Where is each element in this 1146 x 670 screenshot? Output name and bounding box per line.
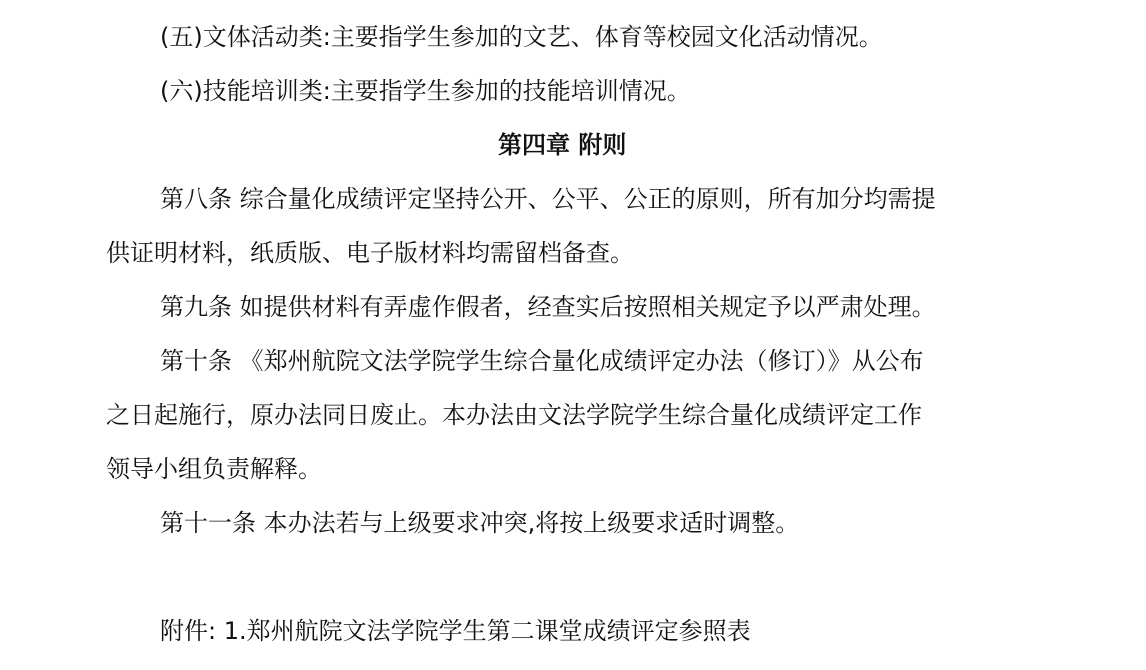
item-6-skills-training: (六)技能培训类:主要指学生参加的技能培训情况。 [160, 76, 691, 106]
chapter-4-heading: 第四章 附则 [498, 130, 626, 160]
attachment-reference: 附件: 1.郑州航院文法学院学生第二课堂成绩评定参照表 [160, 616, 751, 646]
article-8-line-1: 第八条 综合量化成绩评定坚持公开、公平、公正的原则，所有加分均需提 [160, 184, 936, 214]
item-5-cultural-sports: (五)文体活动类:主要指学生参加的文艺、体育等校园文化活动情况。 [160, 22, 883, 52]
article-10-line-1: 第十条 《郑州航院文法学院学生综合量化成绩评定办法（修订）》从公布 [160, 346, 924, 376]
article-9: 第九条 如提供材料有弄虚作假者，经查实后按照相关规定予以严肃处理。 [160, 292, 936, 322]
article-11: 第十一条 本办法若与上级要求冲突,将按上级要求适时调整。 [160, 508, 799, 538]
article-8-line-2: 供证明材料，纸质版、电子版材料均需留档备查。 [106, 238, 634, 268]
document-page: (五)文体活动类:主要指学生参加的文艺、体育等校园文化活动情况。 (六)技能培训… [0, 0, 1146, 670]
article-10-line-3: 领导小组负责解释。 [106, 454, 322, 484]
article-10-line-2: 之日起施行，原办法同日废止。本办法由文法学院学生综合量化成绩评定工作 [106, 400, 922, 430]
